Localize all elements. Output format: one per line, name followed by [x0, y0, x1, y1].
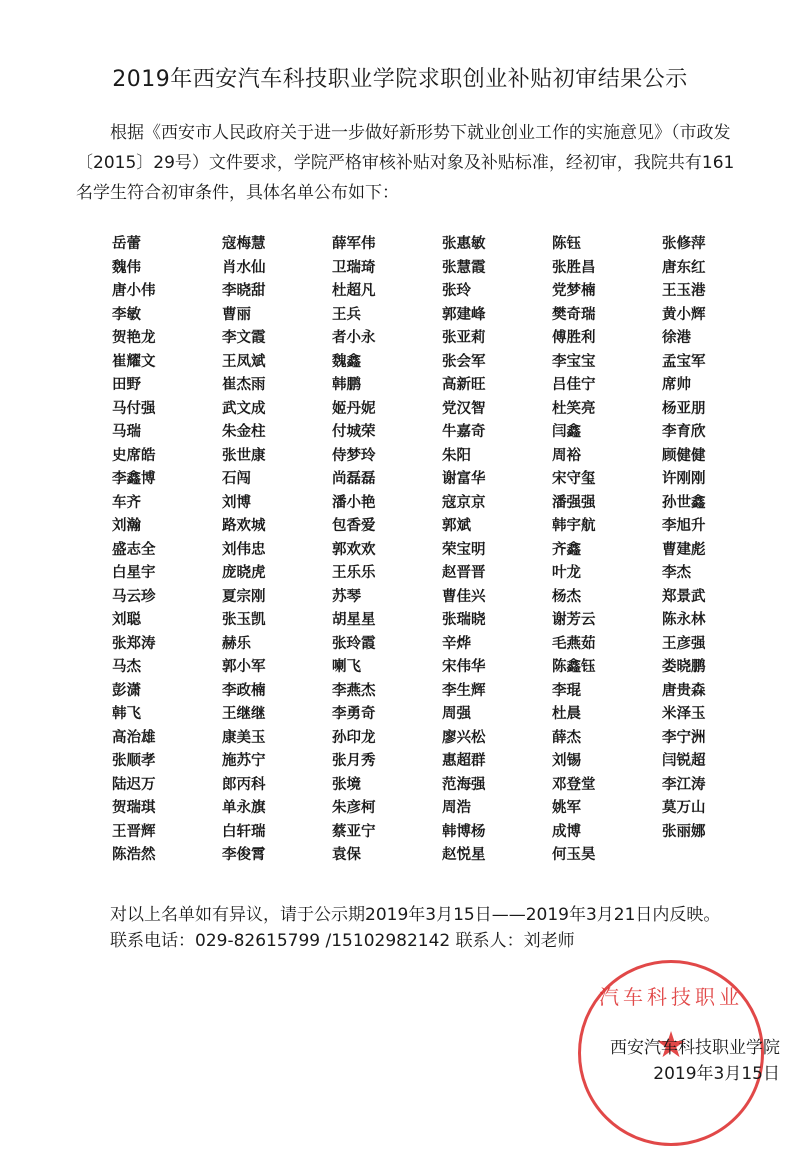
name-cell: 李宁洲 [650, 727, 760, 751]
name-cell: 马杰 [100, 656, 210, 680]
name-cell: 邓登堂 [540, 774, 650, 798]
name-cell: 卫瑞琦 [320, 257, 430, 281]
name-cell: 魏伟 [100, 257, 210, 281]
name-cell [650, 844, 760, 868]
name-cell: 莫万山 [650, 797, 760, 821]
name-cell: 唐贵森 [650, 680, 760, 704]
name-cell: 苏琴 [320, 586, 430, 610]
name-cell: 郭建峰 [430, 304, 540, 328]
name-cell: 付城荣 [320, 421, 430, 445]
name-cell: 李宝宝 [540, 351, 650, 375]
name-cell: 张世康 [210, 445, 320, 469]
name-cell: 韩鹏 [320, 374, 430, 398]
name-cell: 曹丽 [210, 304, 320, 328]
name-cell: 惠超群 [430, 750, 540, 774]
name-cell: 包香爱 [320, 515, 430, 539]
intro-paragraph: 根据《西安市人民政府关于进一步做好新形势下就业创业工作的实施意见》（市政发〔20… [76, 118, 736, 208]
name-cell: 寇梅慧 [210, 233, 320, 257]
name-cell: 席帅 [650, 374, 760, 398]
name-cell: 单永旗 [210, 797, 320, 821]
name-cell: 顾健健 [650, 445, 760, 469]
name-cell: 张郑涛 [100, 633, 210, 657]
name-cell: 谢富华 [430, 468, 540, 492]
name-cell: 荣宝明 [430, 539, 540, 563]
name-cell: 李文霞 [210, 327, 320, 351]
name-cell: 李琨 [540, 680, 650, 704]
name-cell: 闫锐超 [650, 750, 760, 774]
name-cell: 白轩瑞 [210, 821, 320, 845]
name-cell: 孟宝军 [650, 351, 760, 375]
name-cell: 史席皓 [100, 445, 210, 469]
name-cell: 唐东红 [650, 257, 760, 281]
footer: 对以上名单如有异议，请于公示期2019年3月15日——2019年3月21日内反映… [76, 902, 756, 954]
name-cell: 李旭升 [650, 515, 760, 539]
name-cell: 崔耀文 [100, 351, 210, 375]
name-cell: 孙印龙 [320, 727, 430, 751]
name-cell: 张月秀 [320, 750, 430, 774]
name-cell: 朱彦柯 [320, 797, 430, 821]
name-cell: 者小永 [320, 327, 430, 351]
name-cell: 张境 [320, 774, 430, 798]
name-cell: 齐鑫 [540, 539, 650, 563]
name-cell: 杨杰 [540, 586, 650, 610]
name-cell: 袁保 [320, 844, 430, 868]
name-cell: 张玲霞 [320, 633, 430, 657]
name-cell: 马瑞 [100, 421, 210, 445]
name-cell: 李俊霄 [210, 844, 320, 868]
name-cell: 牛嘉奇 [430, 421, 540, 445]
name-cell: 朱金柱 [210, 421, 320, 445]
name-cell: 贺瑞琪 [100, 797, 210, 821]
name-cell: 夏宗刚 [210, 586, 320, 610]
name-cell: 周裕 [540, 445, 650, 469]
name-cell: 许刚刚 [650, 468, 760, 492]
name-cell: 黄小辉 [650, 304, 760, 328]
name-cell: 韩宇航 [540, 515, 650, 539]
name-cell: 孙世鑫 [650, 492, 760, 516]
page-title: 2019年西安汽车科技职业学院求职创业补贴初审结果公示 [0, 62, 800, 93]
name-cell: 魏鑫 [320, 351, 430, 375]
name-cell: 宋伟华 [430, 656, 540, 680]
name-cell: 张会军 [430, 351, 540, 375]
name-cell: 陈钰 [540, 233, 650, 257]
name-cell: 路欢城 [210, 515, 320, 539]
name-cell: 王玉港 [650, 280, 760, 304]
name-cell: 王彦强 [650, 633, 760, 657]
signature-block: 西安汽车科技职业学院 2019年3月15日 [530, 1035, 780, 1087]
name-cell: 樊奇瑞 [540, 304, 650, 328]
signature-date: 2019年3月15日 [530, 1061, 780, 1087]
name-cell: 高治雄 [100, 727, 210, 751]
name-cell: 赵晋晋 [430, 562, 540, 586]
name-cell: 刘博 [210, 492, 320, 516]
name-cell: 张玲 [430, 280, 540, 304]
name-cell: 马付强 [100, 398, 210, 422]
name-cell: 王兵 [320, 304, 430, 328]
name-cell: 武文成 [210, 398, 320, 422]
name-cell: 石闯 [210, 468, 320, 492]
name-cell: 车齐 [100, 492, 210, 516]
name-cell: 傅胜利 [540, 327, 650, 351]
name-cell: 喇飞 [320, 656, 430, 680]
name-cell: 姚军 [540, 797, 650, 821]
name-cell: 宋守玺 [540, 468, 650, 492]
name-cell: 赫乐 [210, 633, 320, 657]
name-cell: 刘伟忠 [210, 539, 320, 563]
name-cell: 姬丹妮 [320, 398, 430, 422]
name-cell: 杨亚朋 [650, 398, 760, 422]
name-cell: 尚磊磊 [320, 468, 430, 492]
name-cell: 徐港 [650, 327, 760, 351]
name-cell: 李政楠 [210, 680, 320, 704]
name-cell: 张顺孝 [100, 750, 210, 774]
name-cell: 王乐乐 [320, 562, 430, 586]
name-cell: 李杰 [650, 562, 760, 586]
name-cell: 寇京京 [430, 492, 540, 516]
name-cell: 张亚莉 [430, 327, 540, 351]
name-cell: 李晓甜 [210, 280, 320, 304]
name-cell: 米泽玉 [650, 703, 760, 727]
name-cell: 郭小军 [210, 656, 320, 680]
name-cell: 辛烨 [430, 633, 540, 657]
name-cell: 施苏宁 [210, 750, 320, 774]
name-cell: 郑景武 [650, 586, 760, 610]
name-cell: 张瑞晓 [430, 609, 540, 633]
name-cell: 郭欢欢 [320, 539, 430, 563]
name-cell: 曹佳兴 [430, 586, 540, 610]
name-cell: 范海强 [430, 774, 540, 798]
name-cell: 陈鑫钰 [540, 656, 650, 680]
name-cell: 朱阳 [430, 445, 540, 469]
name-cell: 陈浩然 [100, 844, 210, 868]
name-cell: 康美玉 [210, 727, 320, 751]
name-cell: 马云珍 [100, 586, 210, 610]
name-cell: 李江涛 [650, 774, 760, 798]
name-cell: 李生辉 [430, 680, 540, 704]
name-cell: 肖水仙 [210, 257, 320, 281]
name-cell: 杜晨 [540, 703, 650, 727]
name-cell: 张慧霞 [430, 257, 540, 281]
name-cell: 田野 [100, 374, 210, 398]
name-cell: 蔡亚宁 [320, 821, 430, 845]
name-cell: 何玉昊 [540, 844, 650, 868]
intro-text: 根据《西安市人民政府关于进一步做好新形势下就业创业工作的实施意见》（市政发〔20… [76, 118, 736, 208]
name-cell: 刘锡 [540, 750, 650, 774]
name-cell: 高新旺 [430, 374, 540, 398]
name-cell: 王晋辉 [100, 821, 210, 845]
name-cell: 王继继 [210, 703, 320, 727]
name-cell: 党汉智 [430, 398, 540, 422]
name-cell: 韩飞 [100, 703, 210, 727]
name-cell: 唐小伟 [100, 280, 210, 304]
name-cell: 李敏 [100, 304, 210, 328]
contact-text: 联系电话：029-82615799 /15102982142 联系人：刘老师 [76, 928, 756, 954]
name-cell: 廖兴松 [430, 727, 540, 751]
name-cell: 李燕杰 [320, 680, 430, 704]
name-cell: 庞晓虎 [210, 562, 320, 586]
name-cell: 周强 [430, 703, 540, 727]
name-cell: 李勇奇 [320, 703, 430, 727]
name-cell: 闫鑫 [540, 421, 650, 445]
name-cell: 李鑫博 [100, 468, 210, 492]
name-cell: 曹建彪 [650, 539, 760, 563]
name-cell: 胡星星 [320, 609, 430, 633]
name-cell: 贺艳龙 [100, 327, 210, 351]
name-cell: 潘强强 [540, 492, 650, 516]
name-cell: 毛燕茹 [540, 633, 650, 657]
name-cell: 白星宇 [100, 562, 210, 586]
name-cell: 吕佳宁 [540, 374, 650, 398]
name-cell: 薛军伟 [320, 233, 430, 257]
name-cell: 周浩 [430, 797, 540, 821]
name-cell: 侍梦玲 [320, 445, 430, 469]
name-cell: 赵悦星 [430, 844, 540, 868]
name-cell: 郭斌 [430, 515, 540, 539]
name-cell: 崔杰雨 [210, 374, 320, 398]
signature-org: 西安汽车科技职业学院 [530, 1035, 780, 1061]
name-cell: 谢芳云 [540, 609, 650, 633]
name-cell: 岳蕾 [100, 233, 210, 257]
name-cell: 刘聪 [100, 609, 210, 633]
name-cell: 陈永林 [650, 609, 760, 633]
name-list: 岳蕾寇梅慧薛军伟张惠敏陈钰张修萍魏伟肖水仙卫瑞琦张慧霞张胜昌唐东红唐小伟李晓甜杜… [100, 233, 760, 868]
name-cell: 张玉凯 [210, 609, 320, 633]
name-cell: 张修萍 [650, 233, 760, 257]
name-cell: 郎丙科 [210, 774, 320, 798]
name-cell: 刘瀚 [100, 515, 210, 539]
name-cell: 张丽娜 [650, 821, 760, 845]
name-cell: 陆迟万 [100, 774, 210, 798]
name-cell: 叶龙 [540, 562, 650, 586]
name-cell: 党梦楠 [540, 280, 650, 304]
name-cell: 盛志全 [100, 539, 210, 563]
name-cell: 韩博杨 [430, 821, 540, 845]
name-cell: 彭潇 [100, 680, 210, 704]
objection-text: 对以上名单如有异议，请于公示期2019年3月15日——2019年3月21日内反映… [76, 902, 756, 928]
name-cell: 张惠敏 [430, 233, 540, 257]
name-cell: 成博 [540, 821, 650, 845]
name-cell: 杜笑亮 [540, 398, 650, 422]
name-cell: 娄晓鹏 [650, 656, 760, 680]
name-cell: 薛杰 [540, 727, 650, 751]
name-cell: 张胜昌 [540, 257, 650, 281]
name-cell: 潘小艳 [320, 492, 430, 516]
name-cell: 李育欣 [650, 421, 760, 445]
name-cell: 杜超凡 [320, 280, 430, 304]
name-cell: 王凤斌 [210, 351, 320, 375]
seal-text: 汽车科技职业 [581, 981, 761, 1010]
